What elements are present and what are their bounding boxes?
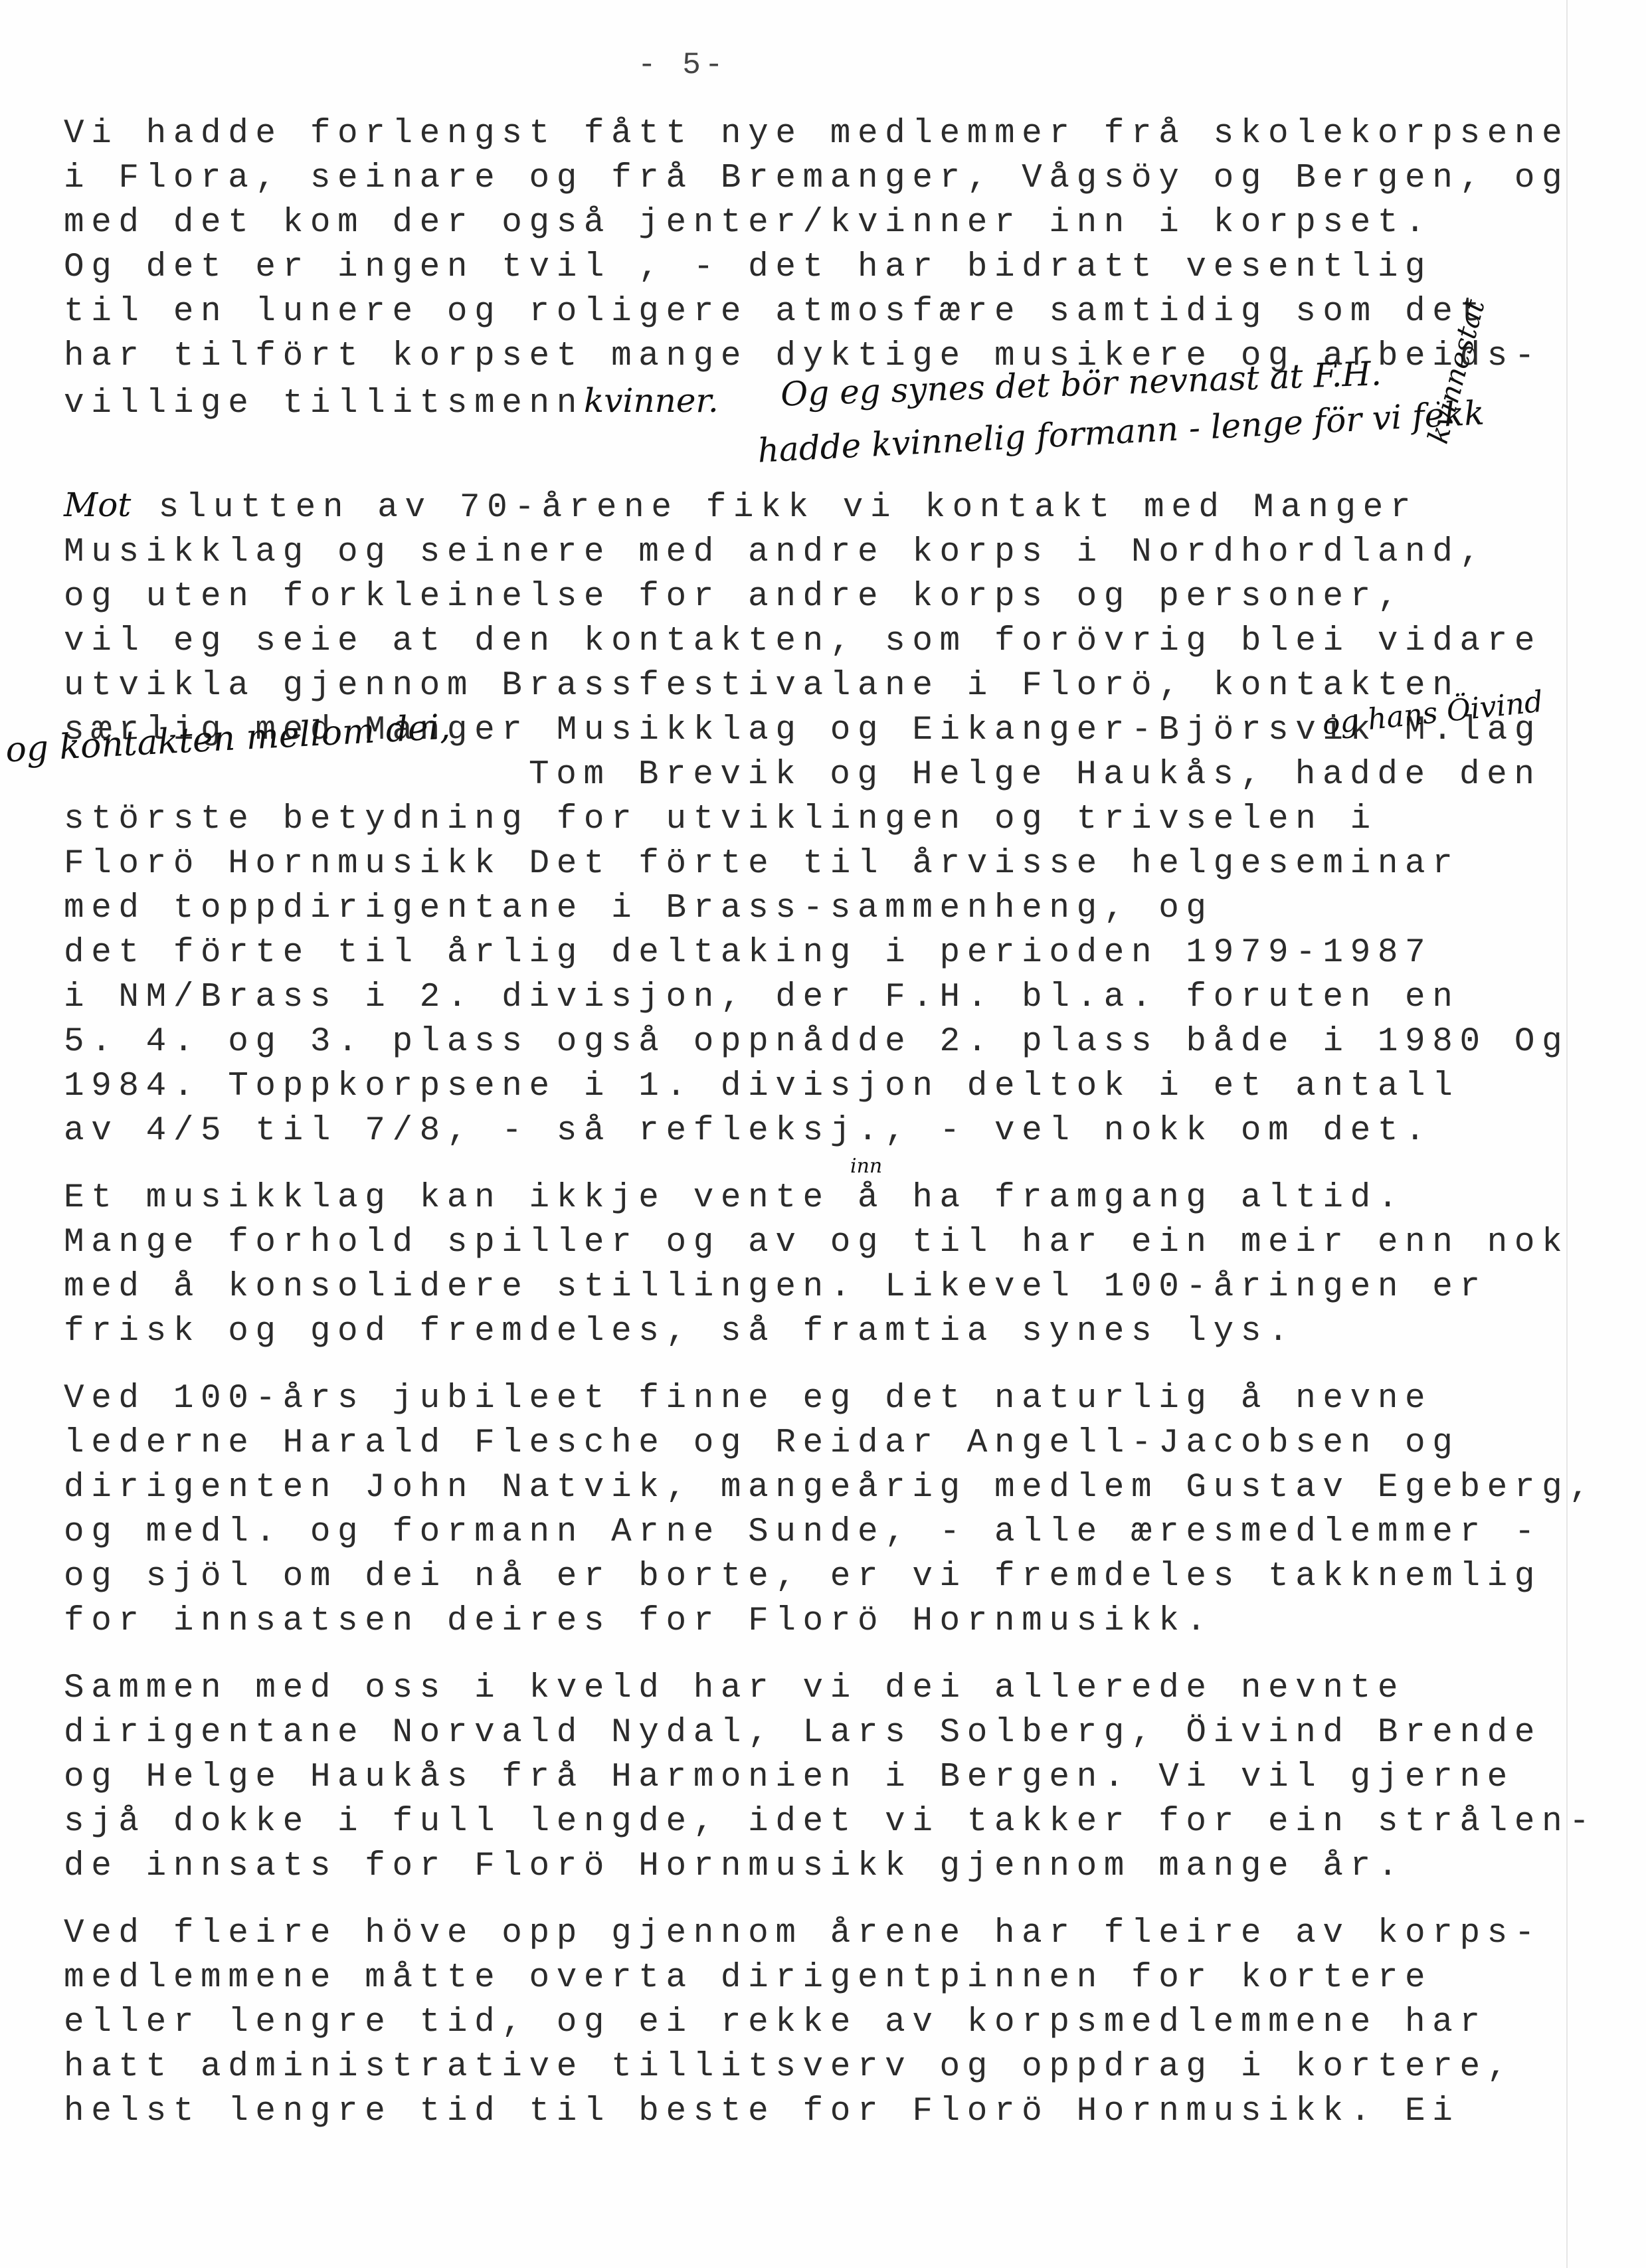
text-line: Et musikklag kan ikkje vente å ha framga… <box>64 1176 1565 1220</box>
text-line: helst lengre tid til beste for Florö Hor… <box>64 2089 1565 2134</box>
page-edge-shadow <box>1566 0 1568 2268</box>
text-line: de innsats for Florö Hornmusikk gjennom … <box>64 1844 1565 1889</box>
text-line: frisk og god fremdeles, så framtia synes… <box>64 1309 1565 1354</box>
handwritten-word: Mot <box>64 486 131 524</box>
text-line: av 4/5 til 7/8, - så refleksj., - vel no… <box>64 1109 1565 1153</box>
text-line: og medl. og formann Arne Sunde, - alle æ… <box>64 1510 1565 1555</box>
text-line: Ved 100-års jubileet finne eg det naturl… <box>64 1376 1565 1421</box>
page-number: - 5- <box>638 48 727 82</box>
text-line: utvikla gjennom Brassfestivalane i Florö… <box>64 664 1565 708</box>
text-line: det förte til årlig deltaking i perioden… <box>64 931 1565 975</box>
text-line: for innsatsen deires for Florö Hornmusik… <box>64 1599 1565 1644</box>
text-line: i Flora, seinare og frå Bremanger, Vågsö… <box>64 156 1565 201</box>
text-line: til en lunere og roligere atmosfære samt… <box>64 290 1565 334</box>
paragraph-3: Et musikklag kan ikkje vente å ha framga… <box>64 1176 1565 1354</box>
text-line: Tom Brevik og Helge Haukås, hadde den <box>64 753 1565 797</box>
text-line: lederne Harald Flesche og Reidar Angell-… <box>64 1421 1565 1465</box>
text-line-with-handwritten-start: Mot slutten av 70-årene fikk vi kontakt … <box>64 483 1565 530</box>
text-line: eller lengre tid, og ei rekke av korpsme… <box>64 2000 1565 2045</box>
text-line: slutten av 70-årene fikk vi kontakt med … <box>159 489 1417 527</box>
handwritten-correction: kvinner. <box>584 381 719 420</box>
text-line: 5. 4. og 3. plass også oppnådde 2. plass… <box>64 1020 1565 1064</box>
text-line: Vi hadde forlengst fått nye medlemmer fr… <box>64 112 1565 156</box>
text-line: Sammen med oss i kveld har vi dei allere… <box>64 1666 1565 1711</box>
paragraph-5: Sammen med oss i kveld har vi dei allere… <box>64 1666 1565 1889</box>
handwritten-insert-small: inn <box>850 1155 882 1178</box>
text-line: med det kom der også jenter/kvinner inn … <box>64 201 1565 245</box>
paragraph-4: Ved 100-års jubileet finne eg det naturl… <box>64 1376 1565 1644</box>
text-line: dirigenten John Natvik, mangeårig medlem… <box>64 1465 1565 1510</box>
text-line: Ved fleire höve opp gjennom årene har fl… <box>64 1911 1565 1956</box>
text-line: og Helge Haukås frå Harmonien i Bergen. … <box>64 1755 1565 1800</box>
text-line: Florö Hornmusikk Det förte til årvisse h… <box>64 842 1565 886</box>
scanned-page: - 5- Vi hadde forlengst fått nye medlemm… <box>0 0 1646 2268</box>
text-line: dirigentane Norvald Nydal, Lars Solberg,… <box>64 1711 1565 1755</box>
paragraph-2: Mot slutten av 70-årene fikk vi kontakt … <box>64 483 1565 1153</box>
text-line: störste betydning for utviklingen og tri… <box>64 797 1565 842</box>
text-line: 1984. Toppkorpsene i 1. divisjon deltok … <box>64 1064 1565 1109</box>
text-line: vil eg seie at den kontakten, som forövr… <box>64 619 1565 664</box>
text-line: og sjöl om dei nå er borte, er vi fremde… <box>64 1555 1565 1599</box>
text-line: medlemmene måtte overta dirigentpinnen f… <box>64 1956 1565 2000</box>
text-line: sjå dokke i full lengde, idet vi takker … <box>64 1800 1565 1844</box>
text-line: Mange forhold spiller og av og til har e… <box>64 1220 1565 1265</box>
paragraph-6: Ved fleire höve opp gjennom årene har fl… <box>64 1911 1565 2134</box>
text-line: i NM/Brass i 2. divisjon, der F.H. bl.a.… <box>64 975 1565 1020</box>
text-line: med å konsolidere stillingen. Likevel 10… <box>64 1265 1565 1309</box>
text-line: hatt administrative tillitsverv og oppdr… <box>64 2045 1565 2089</box>
text-line: og uten forkleinelse for andre korps og … <box>64 575 1565 619</box>
text-line: Og det er ingen tvil , - det har bidratt… <box>64 245 1565 290</box>
text-line: Musikklag og seinere med andre korps i N… <box>64 530 1565 575</box>
text-line: villige tillitsmenn <box>64 385 584 423</box>
text-line: med toppdirigentane i Brass-sammenheng, … <box>64 886 1565 931</box>
